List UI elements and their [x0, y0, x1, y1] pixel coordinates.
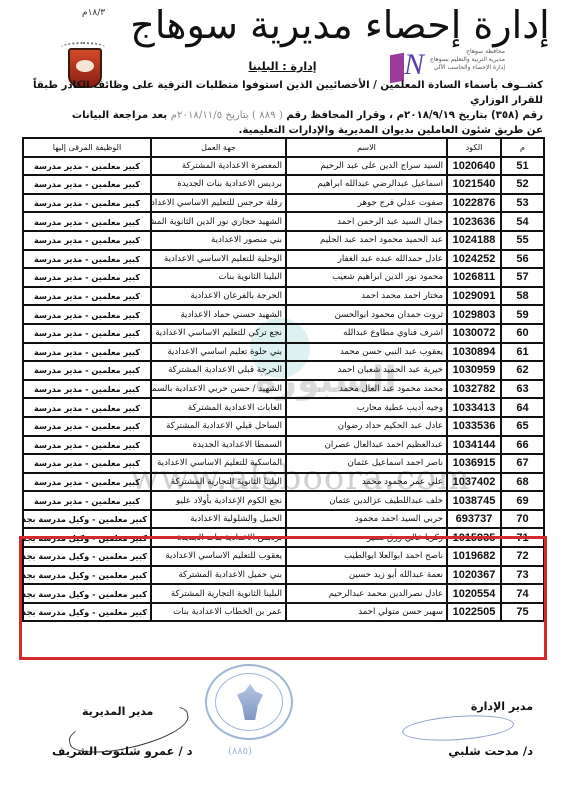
cell-number: 70 — [501, 510, 544, 529]
cell-code: 1020554 — [447, 584, 501, 603]
cell-workplace: يعقوب للتعليم الاساسي الاعدادية — [151, 547, 286, 566]
table-row: 611030894يعقوب عبد النبي حسن محمدبني حلو… — [23, 343, 544, 362]
intro-line-1: كشــوف بأسماء السادة المعلمين / الأخصائي… — [18, 78, 543, 108]
cell-name: عادل نصرالدين محمد عبدالرحيم — [286, 584, 447, 603]
table-row: 561024252عادل حمدالله عبده عبد الغفارالو… — [23, 250, 544, 269]
cell-number: 62 — [501, 361, 544, 380]
intro-paragraph: كشــوف بأسماء السادة المعلمين / الأخصائي… — [18, 78, 543, 138]
cell-number: 56 — [501, 250, 544, 269]
cell-promoted-job: كبير معلمين - مدير مدرسة — [23, 398, 151, 417]
cell-code: 1029091 — [447, 287, 501, 306]
table-row: 651033536عادل عبد الحكيم حداد رضوانالساح… — [23, 417, 544, 436]
cell-name: اسماعيل عبدالرضي عبدالله ابراهيم — [286, 175, 447, 194]
cell-workplace: البلينا الثانوية التجارية المشتركة — [151, 584, 286, 603]
cell-promoted-job: كبير معلمين - مدير مدرسة — [23, 324, 151, 343]
cell-number: 72 — [501, 547, 544, 566]
cell-name: خيرية عبد الحميد شعبان احمد — [286, 361, 447, 380]
cell-name: خلف عبداللطيف عزالدين عثمان — [286, 491, 447, 510]
cell-number: 53 — [501, 194, 544, 213]
cell-workplace: رقلة حرجس للتعليم الاساسي الاعدادية — [151, 194, 286, 213]
column-header-number: م — [501, 138, 544, 157]
table-row: 751022505سهير حسن متولي احمدعمر بن الخطا… — [23, 603, 544, 622]
table-row: 591029803ثروت حمدان محمود ابوالحسنالشهيد… — [23, 305, 544, 324]
signature-right-scribble — [401, 712, 514, 744]
cell-workplace: الغابات الاعدادية المشتركة — [151, 398, 286, 417]
cell-code: 1020367 — [447, 566, 501, 585]
table-row: 711015935زكريا عالي رزق نصيربردبس الاعدا… — [23, 528, 544, 547]
cell-number: 51 — [501, 157, 544, 176]
table-row: 671036915ناصر احمد اسماعيل عثمانالماسكية… — [23, 454, 544, 473]
cell-promoted-job: كبير معلمين - وكيل مدرسة بجدول — [23, 547, 151, 566]
table-header-row: م الكود الاسم جهة العمل الوظيفة المرقى إ… — [23, 138, 544, 157]
cell-number: 60 — [501, 324, 544, 343]
cell-promoted-job: كبير معلمين - مدير مدرسة — [23, 231, 151, 250]
cell-workplace: الساحل قبلي الاعدادية المشتركة — [151, 417, 286, 436]
table-row: 741020554عادل نصرالدين محمد عبدالرحيمالب… — [23, 584, 544, 603]
cell-code: 1024188 — [447, 231, 501, 250]
intro-line-2: رقم (٣٥٨) بتاريخ ٢٠١٨/٩/١٩م ، وقرار المح… — [18, 108, 543, 123]
cell-code: 1036915 — [447, 454, 501, 473]
cell-number: 67 — [501, 454, 544, 473]
cell-workplace: نجع تركي للتعليم الاساسي الاعدادية — [151, 324, 286, 343]
cell-code: 1034144 — [447, 436, 501, 455]
seal-number: (٨٨٥) — [228, 746, 252, 757]
cell-promoted-job: كبير معلمين - مدير مدرسة — [23, 436, 151, 455]
cell-name: وجيه أديب عطية محارب — [286, 398, 447, 417]
administration-label: إدارة : البلينا — [0, 60, 565, 73]
cell-promoted-job: كبير معلمين - مدير مدرسة — [23, 473, 151, 492]
cell-promoted-job: كبير معلمين - مدير مدرسة — [23, 305, 151, 324]
table-row: 631032782محمد محمود عبد العال محمدالشهيد… — [23, 380, 544, 399]
cell-name: محمد محمود عبد العال محمد — [286, 380, 447, 399]
cell-promoted-job: كبير معلمين - مدير مدرسة — [23, 454, 151, 473]
cell-code: 1021540 — [447, 175, 501, 194]
cell-promoted-job: كبير معلمين - مدير مدرسة — [23, 361, 151, 380]
cell-number: 59 — [501, 305, 544, 324]
cell-workplace: بني حلوة تعليم اساسي الاعدادية — [151, 343, 286, 362]
cell-number: 74 — [501, 584, 544, 603]
document-title: إدارة إحصاء مديرية سوهاج — [120, 2, 560, 48]
cell-promoted-job: كبير معلمين - وكيل مدرسة بجدول — [23, 510, 151, 529]
cell-workplace: الشهيد / حسن حربي الاعدادية بالسمطا — [151, 380, 286, 399]
cell-name: السيد سراج الدين على عبد الرحيم — [286, 157, 447, 176]
cell-code: 1030959 — [447, 361, 501, 380]
cell-number: 58 — [501, 287, 544, 306]
column-header-name: الاسم — [286, 138, 447, 157]
cell-workplace: الوحلية للتعليم الاساسي الاعدادية — [151, 250, 286, 269]
signature-right-title: مدير الإدارة — [471, 700, 533, 713]
table-row: 551024188عبد الحميد محمود احمد عبد الحلي… — [23, 231, 544, 250]
cell-name: محمود نور الدين ابراهيم شعيب — [286, 268, 447, 287]
cell-name: عبدالعظيم احمد عبدالعال عصران — [286, 436, 447, 455]
table-row: 731020367نعمة عبدالله أبو زيد حسينبني حم… — [23, 566, 544, 585]
cell-name: مختار احمد محمد احمد — [286, 287, 447, 306]
table-row: 691038745خلف عبداللطيف عزالدين عثماننجع … — [23, 491, 544, 510]
cell-promoted-job: كبير معلمين - وكيل مدرسة بجدول — [23, 566, 151, 585]
cell-promoted-job: كبير معلمين - مدير مدرسة — [23, 268, 151, 287]
cell-name: حربي السيد احمد محمود — [286, 510, 447, 529]
cell-code: 1032782 — [447, 380, 501, 399]
cell-code: 1030072 — [447, 324, 501, 343]
cell-workplace: الماسكية للتعليم الاساسي الاعدادية — [151, 454, 286, 473]
cell-promoted-job: كبير معلمين - مدير مدرسة — [23, 250, 151, 269]
title-handwritten-note: ١٨/٣م — [82, 8, 105, 18]
table-row: 531022876صفوت عدلي فرج جوهررقلة حرجس للت… — [23, 194, 544, 213]
cell-code: 693737 — [447, 510, 501, 529]
cell-name: نعمة عبدالله أبو زيد حسين — [286, 566, 447, 585]
cell-code: 1019682 — [447, 547, 501, 566]
cell-promoted-job: كبير معلمين - مدير مدرسة — [23, 175, 151, 194]
cell-name: ناصح احمد ابوالعلا ابوالطيب — [286, 547, 447, 566]
cell-name: على عمر محمود محمد — [286, 473, 447, 492]
cell-name: يعقوب عبد النبي حسن محمد — [286, 343, 447, 362]
cell-number: 54 — [501, 212, 544, 231]
cell-workplace: الشهيد حجاري نور الدين الثانوية المشتركة — [151, 212, 286, 231]
cell-code: 1037402 — [447, 473, 501, 492]
cell-promoted-job: كبير معلمين - وكيل مدرسة بجدول — [23, 584, 151, 603]
cell-promoted-job: كبير معلمين - مدير مدرسة — [23, 491, 151, 510]
cell-number: 69 — [501, 491, 544, 510]
cell-number: 52 — [501, 175, 544, 194]
cell-promoted-job: كبير معلمين - مدير مدرسة — [23, 343, 151, 362]
cell-workplace: عمر بن الخطاب الاعدادية بنات — [151, 603, 286, 622]
table-row: 641033413وجيه أديب عطية محاربالغابات الا… — [23, 398, 544, 417]
cell-number: 63 — [501, 380, 544, 399]
cell-workplace: الحرجة قبلي الاعدادية المشتركة — [151, 361, 286, 380]
promotions-table: م الكود الاسم جهة العمل الوظيفة المرقى إ… — [22, 137, 545, 622]
cell-name: سهير حسن متولي احمد — [286, 603, 447, 622]
cell-number: 64 — [501, 398, 544, 417]
cell-number: 55 — [501, 231, 544, 250]
cell-number: 61 — [501, 343, 544, 362]
cell-number: 75 — [501, 603, 544, 622]
table-row: 521021540اسماعيل عبدالرضي عبدالله ابراهي… — [23, 175, 544, 194]
cell-promoted-job: كبير معلمين - وكيل مدرسة بجدول — [23, 603, 151, 622]
cell-number: 68 — [501, 473, 544, 492]
cell-code: 1029803 — [447, 305, 501, 324]
signature-left-name: د / عمرو شلتوت الشريف — [52, 744, 193, 758]
table-row: 581029091مختار احمد محمد احمدالحرجة بالف… — [23, 287, 544, 306]
cell-workplace: المعصرة الاعدادية المشتركة — [151, 157, 286, 176]
cell-name: اشرف فناوي مطاوع عبدالله — [286, 324, 447, 343]
cell-workplace: الحبيل والشلولية الاعدادية — [151, 510, 286, 529]
cell-code: 1030894 — [447, 343, 501, 362]
table-row: 511020640السيد سراج الدين على عبد الرحيم… — [23, 157, 544, 176]
cell-number: 65 — [501, 417, 544, 436]
cell-promoted-job: كبير معلمين - مدير مدرسة — [23, 417, 151, 436]
cell-promoted-job: كبير معلمين - مدير مدرسة — [23, 157, 151, 176]
table-row: 681037402على عمر محمود محمدالبلينا الثان… — [23, 473, 544, 492]
cell-promoted-job: كبير معلمين - مدير مدرسة — [23, 212, 151, 231]
cell-name: عادل حمدالله عبده عبد الغفار — [286, 250, 447, 269]
column-header-workplace: جهة العمل — [151, 138, 286, 157]
cell-promoted-job: كبير معلمين - مدير مدرسة — [23, 380, 151, 399]
cell-promoted-job: كبير معلمين - مدير مدرسة — [23, 287, 151, 306]
cell-number: 57 — [501, 268, 544, 287]
cell-promoted-job: كبير معلمين - مدير مدرسة — [23, 194, 151, 213]
cell-code: 1022505 — [447, 603, 501, 622]
cell-workplace: البلينا الثانوية التجارية المشتركة — [151, 473, 286, 492]
table-row: 661034144عبدالعظيم احمد عبدالعال عصرانال… — [23, 436, 544, 455]
column-header-code: الكود — [447, 138, 501, 157]
cell-promoted-job: كبير معلمين - وكيل مدرسة بجدول — [23, 528, 151, 547]
cell-code: 1033536 — [447, 417, 501, 436]
table-row: 541023636جمال السيد عبد الرحمن احمدالشهي… — [23, 212, 544, 231]
column-header-promoted-job: الوظيفة المرقى إليها — [23, 138, 151, 157]
table-row: 70693737حربي السيد احمد محمودالحبيل والش… — [23, 510, 544, 529]
cell-workplace: السمطا الاعدادية الجديدة — [151, 436, 286, 455]
cell-workplace: الحرجة بالفرعان الاعدادية — [151, 287, 286, 306]
cell-workplace: الشهيد حسني حماد الاعدادية — [151, 305, 286, 324]
cell-code: 1024252 — [447, 250, 501, 269]
cell-code: 1026811 — [447, 268, 501, 287]
cell-code: 1022876 — [447, 194, 501, 213]
signature-right-name: د/ مدحت شلبي — [448, 744, 533, 758]
cell-name: صفوت عدلي فرج جوهر — [286, 194, 447, 213]
cell-workplace: بردبس الاعدادية بنات الجديدة — [151, 528, 286, 547]
cell-number: 71 — [501, 528, 544, 547]
cell-number: 66 — [501, 436, 544, 455]
cell-workplace: البلينا الثانوية بنات — [151, 268, 286, 287]
table-row: 601030072اشرف فناوي مطاوع عبداللهنجع ترك… — [23, 324, 544, 343]
official-seal-icon — [205, 664, 293, 740]
cell-code: 1023636 — [447, 212, 501, 231]
cell-code: 1038745 — [447, 491, 501, 510]
cell-name: زكريا عالي رزق نصير — [286, 528, 447, 547]
cell-name: ثروت حمدان محمود ابوالحسن — [286, 305, 447, 324]
cell-workplace: نجع الكوم الإعدادية بأولاد عليو — [151, 491, 286, 510]
cell-code: 1033413 — [447, 398, 501, 417]
cell-workplace: بني منصور الاعدادية — [151, 231, 286, 250]
table-row: 571026811محمود نور الدين ابراهيم شعيبالب… — [23, 268, 544, 287]
cell-workplace: برديس الاعدادية بنات الجديدة — [151, 175, 286, 194]
cell-number: 73 — [501, 566, 544, 585]
cell-workplace: بني حميل الاعدادية المشتركة — [151, 566, 286, 585]
cell-code: 1015935 — [447, 528, 501, 547]
cell-name: ناصر احمد اسماعيل عثمان — [286, 454, 447, 473]
cell-code: 1020640 — [447, 157, 501, 176]
table-row: 621030959خيرية عبد الحميد شعبان احمدالحر… — [23, 361, 544, 380]
cell-name: عبد الحميد محمود احمد عبد الحليم — [286, 231, 447, 250]
table-row: 721019682ناصح احمد ابوالعلا ابوالطيبيعقو… — [23, 547, 544, 566]
cell-name: عادل عبد الحكيم حداد رضوان — [286, 417, 447, 436]
intro-line-3: عن طريق شئون العاملين بديوان المديرية وا… — [18, 123, 543, 138]
cell-name: جمال السيد عبد الرحمن احمد — [286, 212, 447, 231]
